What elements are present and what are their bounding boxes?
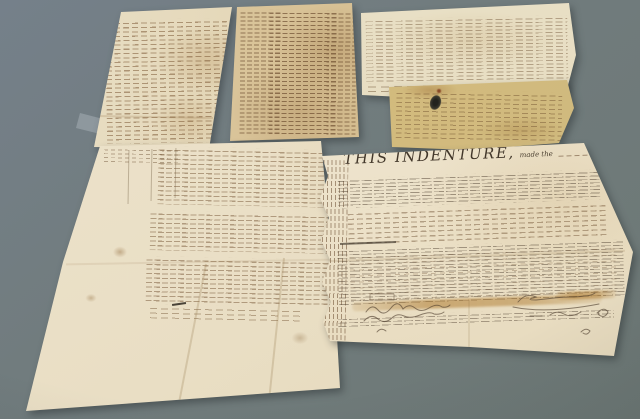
signature-right-2	[530, 312, 581, 316]
signature-right-underline	[513, 304, 599, 310]
seal-box	[370, 294, 394, 300]
indenture-document: THIS INDENTURE, made the day of	[0, 0, 640, 419]
printed-phrase-day-of: day of	[619, 147, 640, 156]
signature-left-1	[366, 304, 450, 313]
indenture-heading: THIS INDENTURE, made the day of	[343, 137, 640, 168]
printed-phrase-made-the: made the	[520, 150, 553, 159]
indenture-title: THIS INDENTURE,	[343, 143, 515, 168]
handwritten-blank	[558, 153, 614, 157]
handwritten-insert	[347, 202, 606, 245]
indenture-shadow: THIS INDENTURE, made the day of	[0, 0, 640, 419]
signatures	[350, 285, 620, 347]
ink-mark	[377, 329, 386, 332]
signature-right-1	[518, 293, 595, 302]
ink-seal-mark	[597, 309, 608, 316]
signature-left-2	[364, 312, 444, 322]
photo-of-antique-documents: THIS INDENTURE, made the day of	[0, 0, 640, 419]
ink-seal-mark	[581, 329, 590, 334]
